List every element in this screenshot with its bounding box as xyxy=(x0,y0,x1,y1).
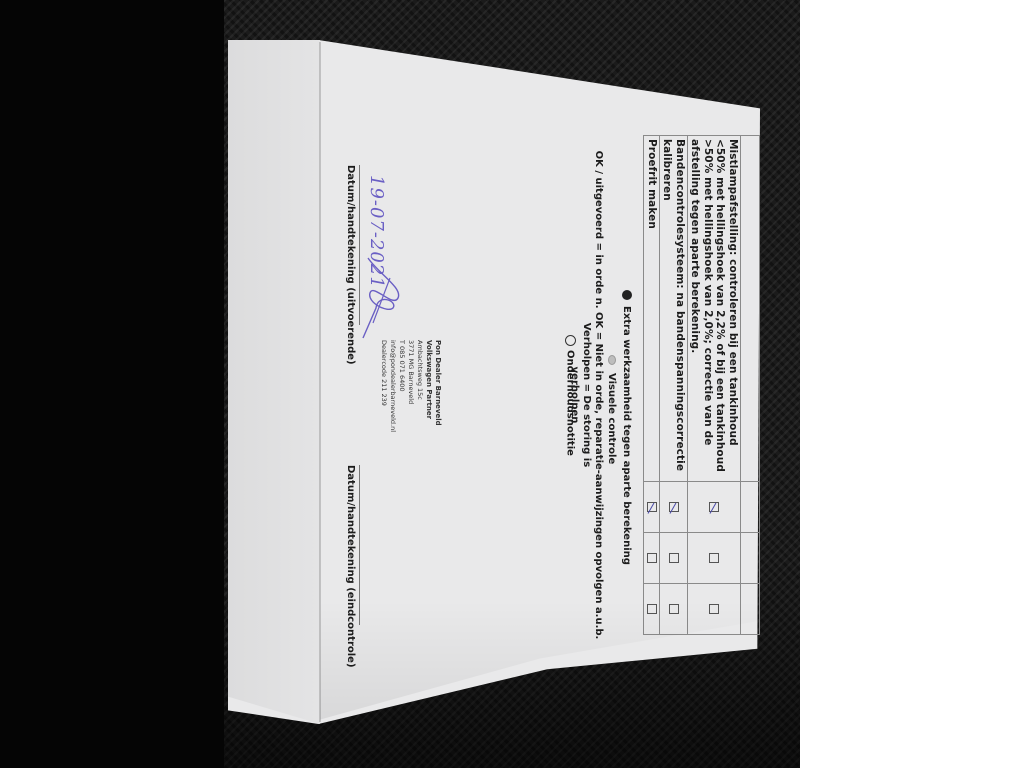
checkbox-ok[interactable] xyxy=(669,502,679,512)
table-row: Bandencontrolesysteem: na bandenspanning… xyxy=(660,136,688,635)
row-description: Proefrit maken xyxy=(644,136,660,482)
visual-check-note: Visuele controle xyxy=(606,355,617,464)
checklist-table: Mistlampafstelling: controleren bij een … xyxy=(644,135,761,635)
signature-label-executor: Datum/handtekening (uitvoerende) xyxy=(345,165,356,365)
right-white-bar xyxy=(800,0,1024,768)
checkbox-not-ok[interactable] xyxy=(709,553,719,563)
dealer-phone: T 085 071 6400 xyxy=(397,340,406,432)
signature-line-final-check xyxy=(359,465,360,625)
dealer-code: Dealercode 211 239 xyxy=(379,340,388,432)
checkbox-ok[interactable] xyxy=(709,502,719,512)
row-description: Mistlampafstelling: controleren bij een … xyxy=(688,136,741,482)
eye-icon xyxy=(608,355,616,365)
dealer-name: Pon Dealer Barneveld xyxy=(433,340,442,432)
maintenance-note: Onderhoudsnotitie xyxy=(565,335,577,456)
open-circle-icon xyxy=(565,335,576,346)
handwritten-signature xyxy=(358,253,408,343)
table-header-row xyxy=(741,136,760,635)
checkbox-resolved[interactable] xyxy=(669,604,679,614)
row-description: Bandencontrolesysteem: na bandenspanning… xyxy=(660,136,688,482)
signature-label-final-check: Datum/handtekening (eindcontrole) xyxy=(345,465,356,668)
rotated-page-content: Mistlampafstelling: controleren bij een … xyxy=(320,135,760,655)
extra-work-note: Extra werkzaamheid tegen aparte berekeni… xyxy=(621,290,632,565)
checkbox-not-ok[interactable] xyxy=(647,553,657,563)
filled-circle-icon xyxy=(622,290,632,300)
left-black-bar xyxy=(0,0,224,768)
table-row: Mistlampafstelling: controleren bij een … xyxy=(688,136,741,635)
dealer-email: info@pondealerbarneveld.nl xyxy=(388,340,397,432)
dealer-partner: Volkswagen Partner xyxy=(424,340,433,432)
checkbox-resolved[interactable] xyxy=(647,604,657,614)
table-row: Proefrit maken xyxy=(644,136,660,635)
dealer-address-block: Pon Dealer Barneveld Volkswagen Partner … xyxy=(379,340,442,432)
checkbox-ok[interactable] xyxy=(647,502,657,512)
signature-line-executor xyxy=(359,165,360,325)
dealer-street: Ambachtsweg 15c xyxy=(415,340,424,432)
checkbox-resolved[interactable] xyxy=(709,604,719,614)
dealer-city: 3771 MG Barneveld xyxy=(406,340,415,432)
checkbox-not-ok[interactable] xyxy=(669,553,679,563)
paper-folded-flap xyxy=(228,40,320,724)
